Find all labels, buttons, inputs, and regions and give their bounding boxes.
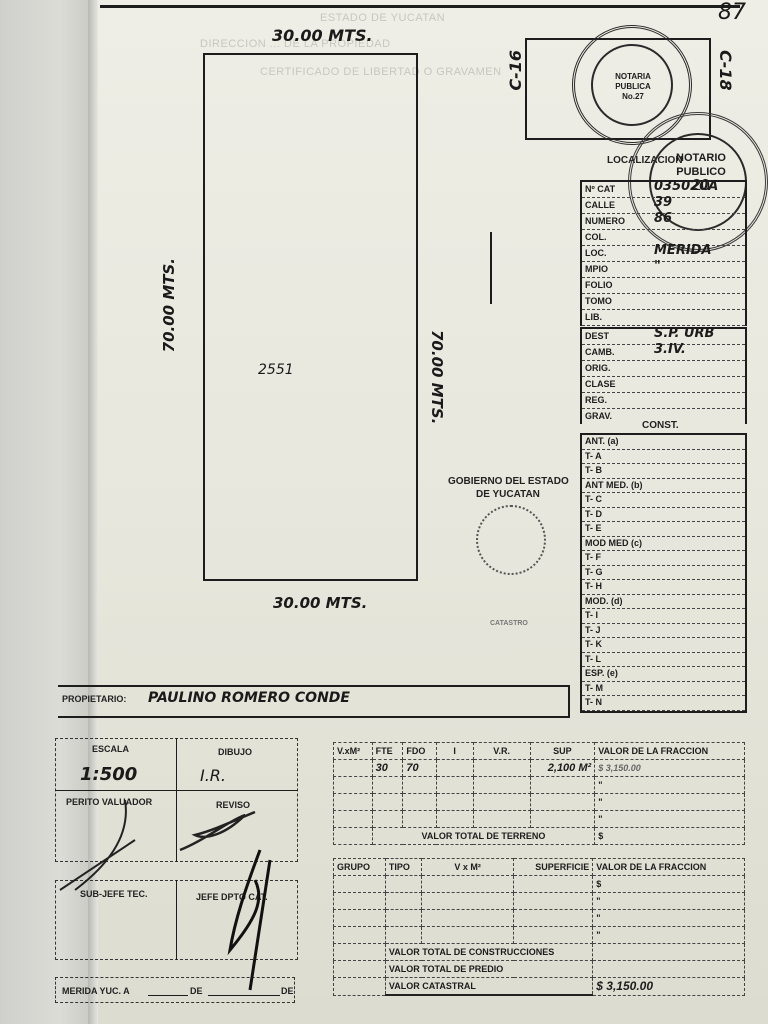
row-folio: FOLIO	[582, 278, 745, 294]
table-row: "	[334, 811, 745, 828]
table-row: 30 70 2,100 M² $ 3,150.00	[334, 760, 745, 777]
const-type-row: T- F	[582, 551, 745, 566]
gov-stamp-line-2: DE YUCATAN	[476, 489, 540, 500]
row-camb: CAMB.3.IV.	[582, 345, 745, 361]
notary-stamp-line-3: No.27	[605, 92, 661, 102]
location-left-label: C-16	[506, 50, 525, 91]
table-row: $	[334, 876, 745, 893]
row-mpio: MPIO"	[582, 262, 745, 278]
const-type-row: T- M	[582, 682, 745, 697]
construction-types-panel: ANT. (a)T- AT- BANT MED. (b)T- CT- DT- E…	[580, 433, 747, 713]
col-superficie: SUPERFICIE	[514, 859, 593, 876]
const-type-row: T- K	[582, 638, 745, 653]
const-type-row: T- C	[582, 493, 745, 508]
col-vxm2: V x M²	[422, 859, 514, 876]
land-total-row: VALOR TOTAL DE TERRENO $	[334, 828, 745, 845]
gov-stamp-sub: CATASTRO	[490, 620, 528, 627]
catastral-row: VALOR CATASTRAL $ 3,150.00	[334, 978, 745, 996]
top-border	[100, 5, 740, 8]
const-type-row: T- N	[582, 696, 745, 711]
col-grupo: GRUPO	[334, 859, 386, 876]
construcciones-total-row: VALOR TOTAL DE CONSTRUCCIONES	[334, 944, 745, 961]
owner-box-right	[566, 685, 570, 717]
escala-label: ESCALA	[92, 744, 129, 754]
page-number: 87	[718, 0, 746, 25]
col-fte: FTE	[372, 743, 403, 760]
table-row: "	[334, 910, 745, 927]
location-right-label: C-18	[716, 50, 735, 91]
sig-hdivider	[55, 790, 298, 791]
const-type-row: T- I	[582, 609, 745, 624]
classification-panel: DESTS.P. URB CAMB.3.IV. ORIG. CLASE REG.…	[580, 327, 747, 424]
plot-bottom-dimension: 30.00 MTS.	[273, 594, 367, 612]
dibujo-label: DIBUJO	[218, 747, 252, 757]
const-type-row: T- D	[582, 508, 745, 523]
col-valor-fraccion: VALOR DE LA FRACCION	[593, 859, 745, 876]
owner-top-line	[58, 685, 568, 687]
row-numero: NUMERO86	[582, 214, 745, 230]
row-loc: LOC.MERIDA	[582, 246, 745, 262]
signature-scribbles	[55, 800, 315, 1010]
col-tipo: TIPO	[385, 859, 421, 876]
col-fdo: FDO	[403, 743, 436, 760]
location-info-panel: Nº CAT035020A CALLE39 NUMERO86 COL. LOC.…	[580, 180, 747, 326]
construction-value-table: GRUPO TIPO V x M² SUPERFICIE VALOR DE LA…	[333, 858, 745, 996]
plot-right-dimension: 70.00 MTS.	[428, 330, 446, 424]
const-type-row: T- G	[582, 566, 745, 581]
escala-value: 1:500	[80, 764, 137, 785]
owner-name: PAULINO ROMERO CONDE	[148, 690, 350, 706]
const-type-row: MOD. (d)	[582, 595, 745, 610]
row-reg: REG.	[582, 393, 745, 409]
notary-stamp-line-1: NOTARIA	[605, 72, 661, 82]
owner-bottom-line	[58, 716, 570, 718]
const-type-row: T- J	[582, 624, 745, 639]
const-type-row: ANT. (a)	[582, 435, 745, 450]
lot-number: 2551	[258, 362, 294, 378]
const-title: CONST.	[642, 420, 679, 431]
table-row: "	[334, 794, 745, 811]
const-type-row: MOD MED (c)	[582, 537, 745, 552]
col-vxm2: V.xM²	[334, 743, 373, 760]
table-row: "	[334, 927, 745, 944]
land-table-header: V.xM² FTE FDO I V.R. SUP VALOR DE LA FRA…	[334, 743, 745, 760]
land-total-label: VALOR TOTAL DE TERRENO	[372, 828, 595, 845]
land-total-value: $	[595, 828, 745, 845]
col-vr: V.R.	[473, 743, 530, 760]
row-tomo: TOMO	[582, 294, 745, 310]
municipal-stamp-line-1: NOTARIO	[671, 151, 731, 165]
valor-catastral-value: $ 3,150.00	[593, 978, 745, 996]
const-type-row: ESP. (e)	[582, 667, 745, 682]
const-type-row: T- A	[582, 450, 745, 465]
table-row: "	[334, 893, 745, 910]
owner-label: PROPIETARIO:	[62, 694, 126, 704]
total-construcciones-label: VALOR TOTAL DE CONSTRUCCIONES	[385, 944, 592, 961]
col-sup: SUP	[530, 743, 595, 760]
gov-seal	[476, 505, 546, 575]
const-type-row: T- E	[582, 522, 745, 537]
land-value-table: V.xM² FTE FDO I V.R. SUP VALOR DE LA FRA…	[333, 742, 745, 845]
notary-stamp-line-2: PUBLICA	[605, 82, 661, 92]
plot-outline	[203, 53, 418, 581]
plot-top-dimension: 30.00 MTS.	[272, 26, 373, 45]
plot-left-dimension: 70.00 MTS.	[160, 258, 178, 352]
row-clase: CLASE	[582, 377, 745, 393]
col-i: I	[436, 743, 473, 760]
dibujo-value: I.R.	[200, 766, 226, 785]
table-row: "	[334, 777, 745, 794]
valor-catastral-label: VALOR CATASTRAL	[385, 978, 592, 996]
const-type-row: T- B	[582, 464, 745, 479]
gov-stamp-line-1: GOBIERNO DEL ESTADO	[448, 476, 569, 487]
const-type-row: ANT MED. (b)	[582, 479, 745, 494]
col-valor-fraccion: VALOR DE LA FRACCION	[595, 743, 745, 760]
row-orig: ORIG.	[582, 361, 745, 377]
const-type-row: T- H	[582, 580, 745, 595]
construction-table-header: GRUPO TIPO V x M² SUPERFICIE VALOR DE LA…	[334, 859, 745, 876]
row-lib: LIB.	[582, 310, 745, 326]
const-type-row: T- L	[582, 653, 745, 668]
total-predio-label: VALOR TOTAL DE PREDIO	[385, 961, 592, 978]
predio-total-row: VALOR TOTAL DE PREDIO	[334, 961, 745, 978]
ghost-header-1: ESTADO DE YUCATAN	[320, 12, 445, 24]
north-marker	[490, 232, 492, 304]
